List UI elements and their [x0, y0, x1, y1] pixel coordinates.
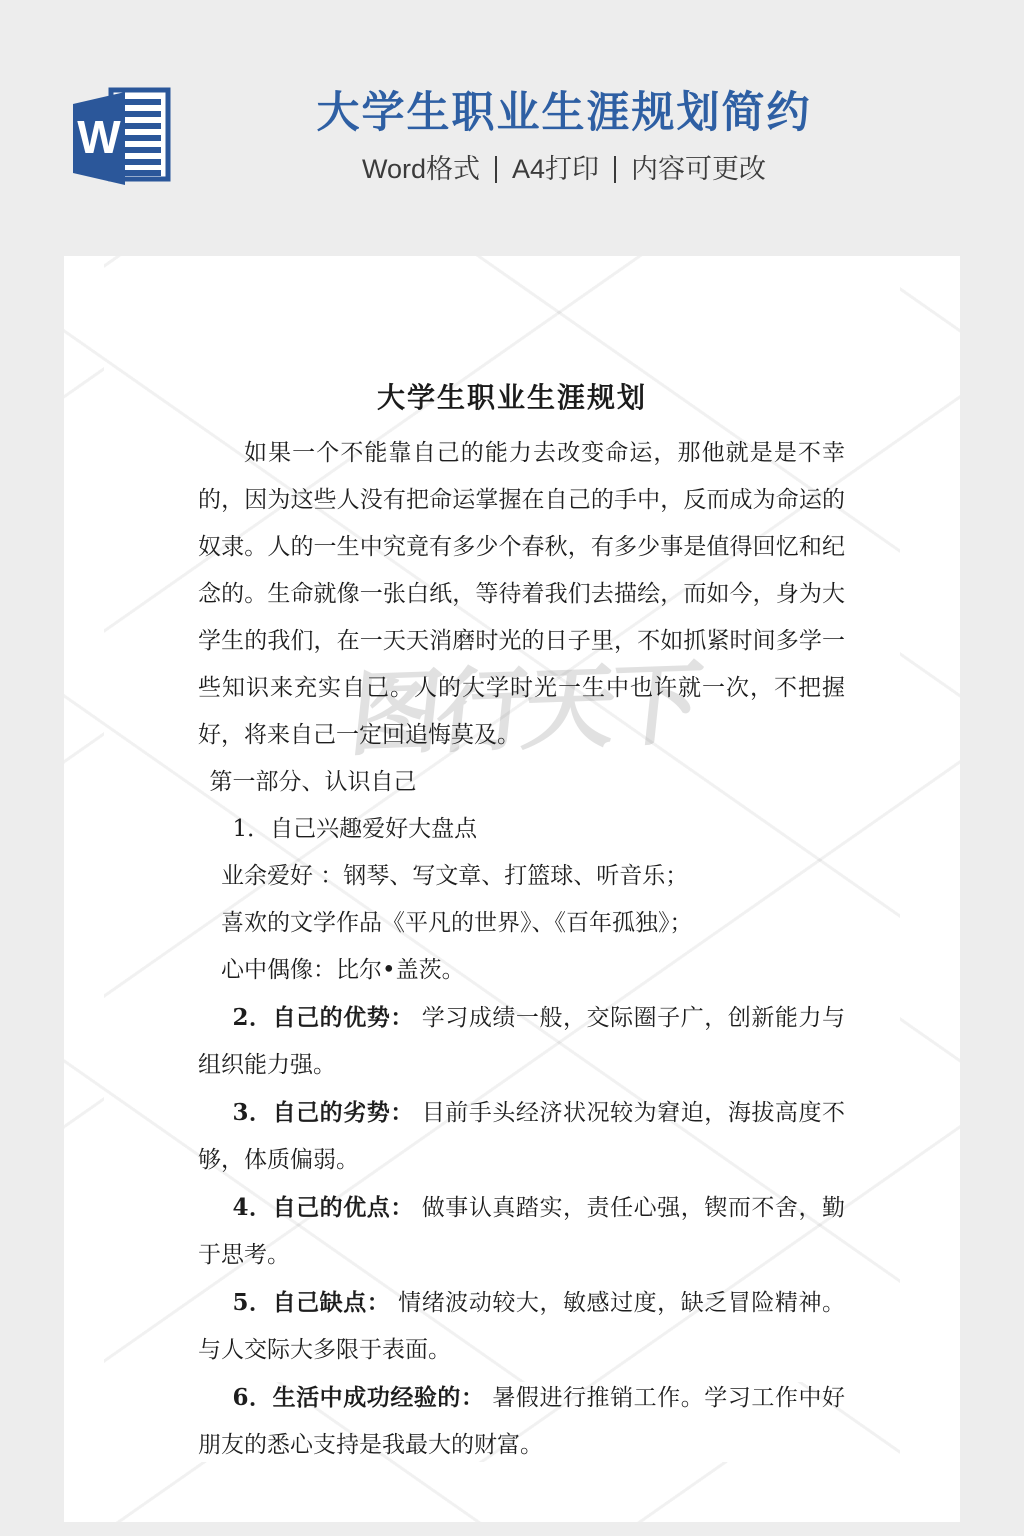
subtitle-divider	[614, 156, 616, 183]
header: W 大学生职业生涯规划简约 Word格式 A4打印 内容可更改	[0, 0, 1024, 256]
paragraph: 业余爱好 ：钢琴、写文章、打篮球、听音乐；	[198, 853, 845, 900]
header-subtitle: Word格式 A4打印 内容可更改	[104, 154, 1024, 184]
paragraph: 2．自己的优势： 学习成绩一般，交际圈子广，创新能力与组织能力强。	[198, 994, 845, 1089]
paragraph-run: 如果一个不能靠自己的能力去改变命运，那他就是是不幸的，因为这些人没有把命运掌握在…	[198, 440, 845, 748]
paragraph: 喜欢的文学作品《平凡的世界》、《百年孤独》；	[198, 900, 845, 947]
subtitle-part-editable: 内容可更改	[631, 154, 766, 184]
paragraph-run-bold: 4．自己的优点：	[233, 1194, 414, 1221]
paragraph: 心中偶像：比尔•盖茨。	[198, 947, 845, 994]
paragraph-run: 业余爱好 ：钢琴、写文章、打篮球、听音乐；	[221, 863, 688, 889]
document-title: 大学生职业生涯规划	[64, 256, 960, 421]
document-body: 如果一个不能靠自己的能力去改变命运，那他就是是不幸的，因为这些人没有把命运掌握在…	[64, 430, 960, 1469]
paragraph: 3．自己的劣势： 目前手头经济状况较为窘迫，海拔高度不够，体质偏弱。	[198, 1089, 845, 1184]
paragraph-run-bold: 5．自己缺点：	[233, 1289, 391, 1316]
paragraph-run: 喜欢的文学作品《平凡的世界》、《百年孤独》；	[221, 910, 693, 936]
paragraph-run: 第一部分、认识自己	[210, 769, 417, 795]
header-title: 大学生职业生涯规划简约	[104, 88, 1024, 138]
paragraph-run-bold: 6．生活中成功经验的：	[233, 1384, 485, 1411]
paragraph: 6．生活中成功经验的： 暑假进行推销工作。学习工作中好朋友的悉心支持是我最大的财…	[198, 1374, 845, 1469]
document-page: 图行天下 大学生职业生涯规划 如果一个不能靠自己的能力去改变命运，那他就是是不幸…	[64, 256, 960, 1522]
header-text: 大学生职业生涯规划简约 Word格式 A4打印 内容可更改	[104, 88, 1024, 184]
paragraph: 5．自己缺点： 情绪波动较大，敏感过度，缺乏冒险精神。与人交际大多限于表面。	[198, 1279, 845, 1374]
paragraph-run-bold: 3．自己的劣势：	[233, 1099, 414, 1126]
subtitle-divider	[495, 156, 497, 183]
paragraph: 如果一个不能靠自己的能力去改变命运，那他就是是不幸的，因为这些人没有把命运掌握在…	[198, 430, 845, 759]
paragraph-run: 心中偶像：比尔•盖茨。	[221, 957, 465, 983]
paragraph: 第一部分、认识自己	[198, 759, 845, 806]
subtitle-part-format: Word格式	[362, 154, 480, 184]
paragraph: 4．自己的优点： 做事认真踏实，责任心强，锲而不舍，勤于思考。	[198, 1184, 845, 1279]
paragraph-run: 1．自己兴趣爱好大盘点	[233, 816, 478, 842]
subtitle-part-print: A4打印	[512, 154, 599, 184]
paragraph: 1．自己兴趣爱好大盘点	[198, 806, 845, 853]
paragraph-run-bold: 2．自己的优势：	[233, 1004, 414, 1031]
